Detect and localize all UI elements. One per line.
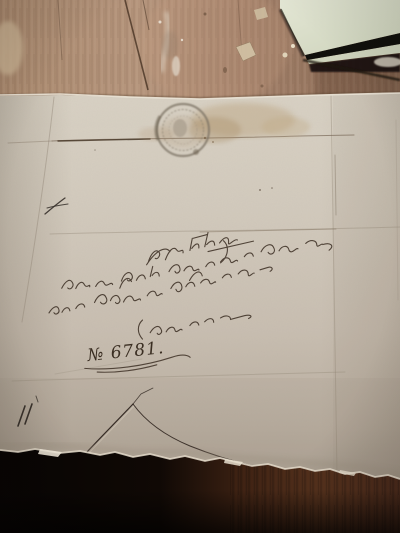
photo-of-document: № 6781. <box>0 0 400 533</box>
photo-vignette <box>0 0 400 533</box>
scene-canvas: № 6781. <box>0 0 400 533</box>
